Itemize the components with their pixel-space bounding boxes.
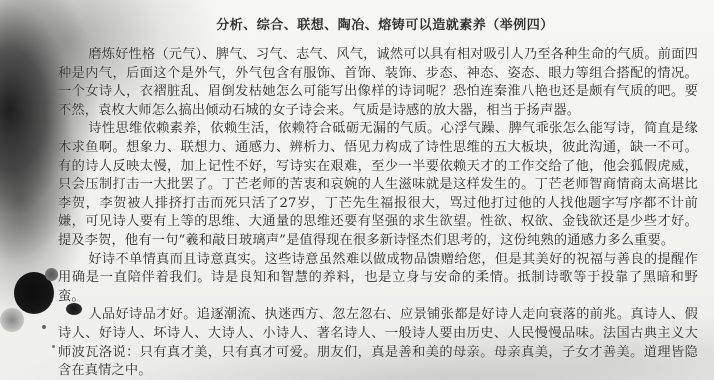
ink-blot xyxy=(0,308,24,332)
ink-dot xyxy=(52,345,55,348)
ink-dot xyxy=(42,325,46,329)
ink-blot xyxy=(45,268,58,281)
paragraph-true-poetry: 好诗不单情真而且诗意真实。这些诗意虽然难以做成物品馈赠给您，但是其美好的祝福与善… xyxy=(58,251,698,307)
slide-title: 分析、综合、联想、陶冶、熔铸可以造就素养（举例四） xyxy=(58,14,698,33)
paragraph-character: 人品好诗品才好。追逐潮流、执迷西方、忽左忽右、应景铺张都是好诗人走向衰落的前兆。… xyxy=(58,306,698,380)
paragraph-temperament: 磨炼好性格（元气）、脾气、习气、志气、风气，诚然可以具有相对吸引人乃至各种生命的… xyxy=(58,46,698,120)
slide-content: 分析、综合、联想、陶冶、熔铸可以造就素养（举例四） 磨炼好性格（元气）、脾气、习… xyxy=(58,14,698,380)
paragraph-poetic-thinking: 诗性思维依赖素养，依赖生活，依赖符合砥砺无漏的气质。心浮气躁、脾气乖张怎么能写诗… xyxy=(58,120,698,250)
